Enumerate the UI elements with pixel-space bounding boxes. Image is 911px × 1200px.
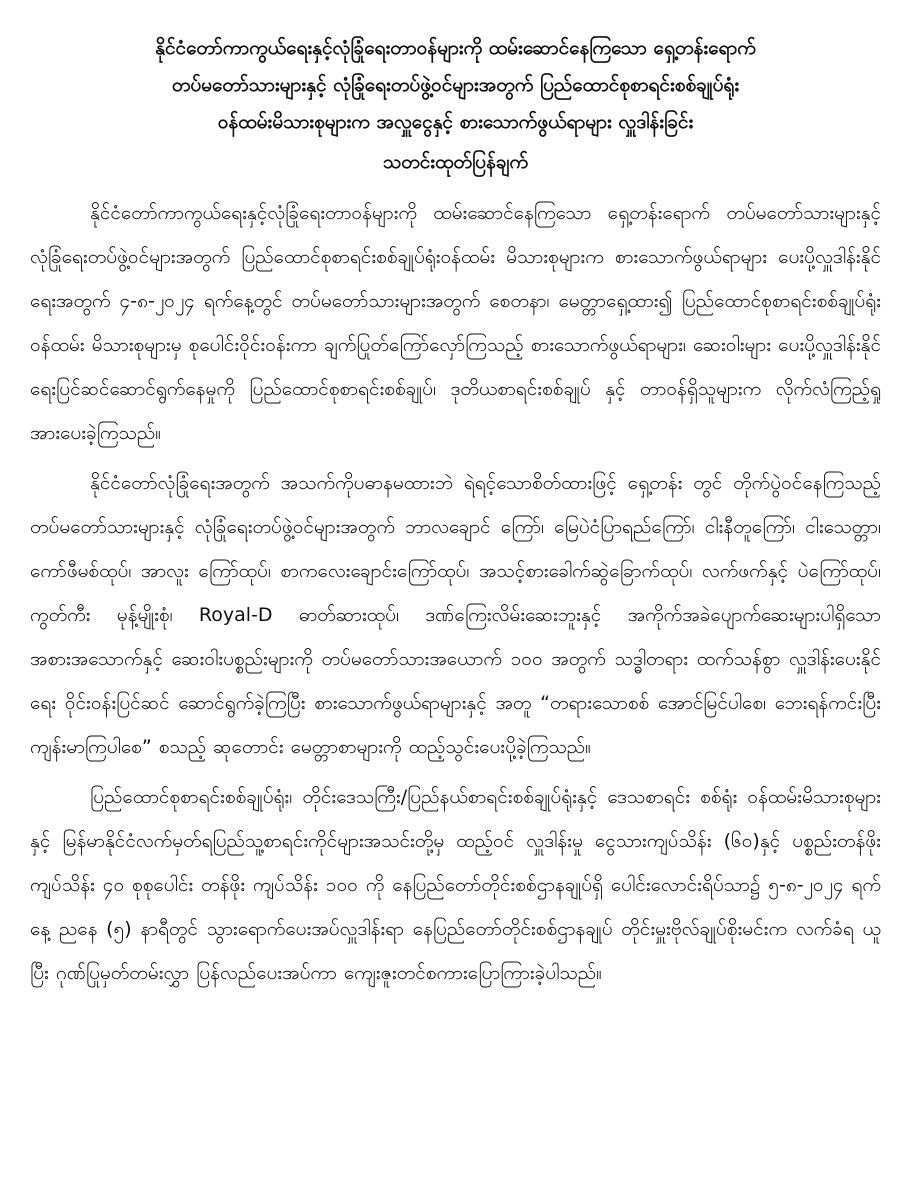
heading-line-1: နိုင်ငံတော်ကာကွယ်ရေးနှင့်လုံခြုံရေးတာဝန်… <box>30 30 881 67</box>
heading-line-2: တပ်မတော်သားများနှင့် လုံခြုံရေးတပ်ဖွဲ့ဝင… <box>30 67 881 104</box>
document-heading: နိုင်ငံတော်ကာကွယ်ရေးနှင့်လုံခြုံရေးတာဝန်… <box>30 30 881 181</box>
paragraph-2: နိုင်ငံတော်လုံခြုံရေးအတွက် အသက်ကိုပဓာနမထ… <box>30 461 881 769</box>
paragraph-1: နိုင်ငံတော်ကာကွယ်ရေးနှင့်လုံခြုံရေးတာဝန်… <box>30 191 881 455</box>
paragraph-3: ပြည်ထောင်စုစာရင်းစစ်ချုပ်ရုံး၊ တိုင်းဒေသ… <box>30 775 881 995</box>
press-release-subtitle: သတင်းထုတ်ပြန်ချက် <box>30 144 881 181</box>
heading-line-3: ဝန်ထမ်းမိသားစုများက အလှူငွေနှင့် စားသောက… <box>30 104 881 141</box>
document-page: နိုင်ငံတော်ကာကွယ်ရေးနှင့်လုံခြုံရေးတာဝန်… <box>0 0 911 995</box>
